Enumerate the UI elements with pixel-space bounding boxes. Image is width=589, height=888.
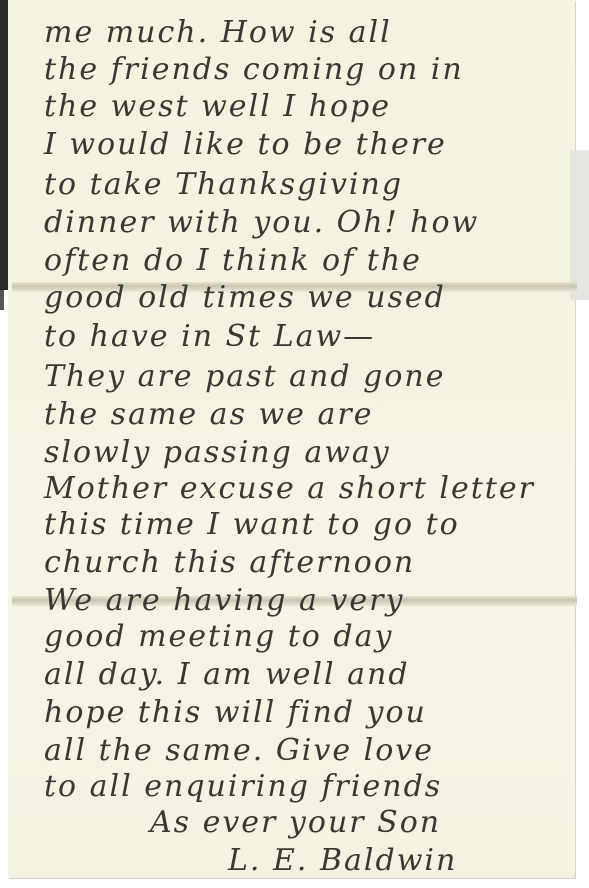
letter-line: this time I want to go to — [44, 510, 460, 540]
letter-line: the west well I hope — [44, 92, 391, 122]
letter-line: good meeting to day — [44, 622, 393, 652]
letter-body: me much. How is all the friends coming o… — [0, 0, 589, 888]
letter-signature: L. E. Baldwin — [228, 846, 457, 876]
letter-line: all day. I am well and — [44, 660, 410, 690]
letter-line: dinner with you. Oh! how — [44, 208, 479, 238]
letter-line: I would like to be there — [44, 130, 447, 160]
letter-line: Mother excuse a short letter — [44, 474, 535, 504]
letter-line: to take Thanksgiving — [44, 170, 403, 200]
scanned-page: me much. How is all the friends coming o… — [0, 0, 589, 888]
letter-line: slowly passing away — [44, 438, 391, 468]
letter-line: to all enquiring friends — [44, 772, 442, 802]
letter-line: often do I think of the — [44, 246, 422, 276]
letter-line: good old times we used — [44, 283, 446, 313]
letter-line: church this afternoon — [44, 548, 415, 578]
letter-line: We are having a very — [44, 586, 404, 616]
letter-line: all the same. Give love — [44, 736, 434, 766]
letter-line: hope this will find you — [44, 698, 427, 728]
letter-closing: As ever your Son — [150, 808, 441, 838]
letter-line: me much. How is all — [44, 18, 392, 48]
letter-line: to have in St Law— — [44, 322, 375, 352]
letter-line: the same as we are — [44, 400, 373, 430]
letter-line: They are past and gone — [44, 362, 445, 392]
letter-line: the friends coming on in — [44, 55, 464, 85]
